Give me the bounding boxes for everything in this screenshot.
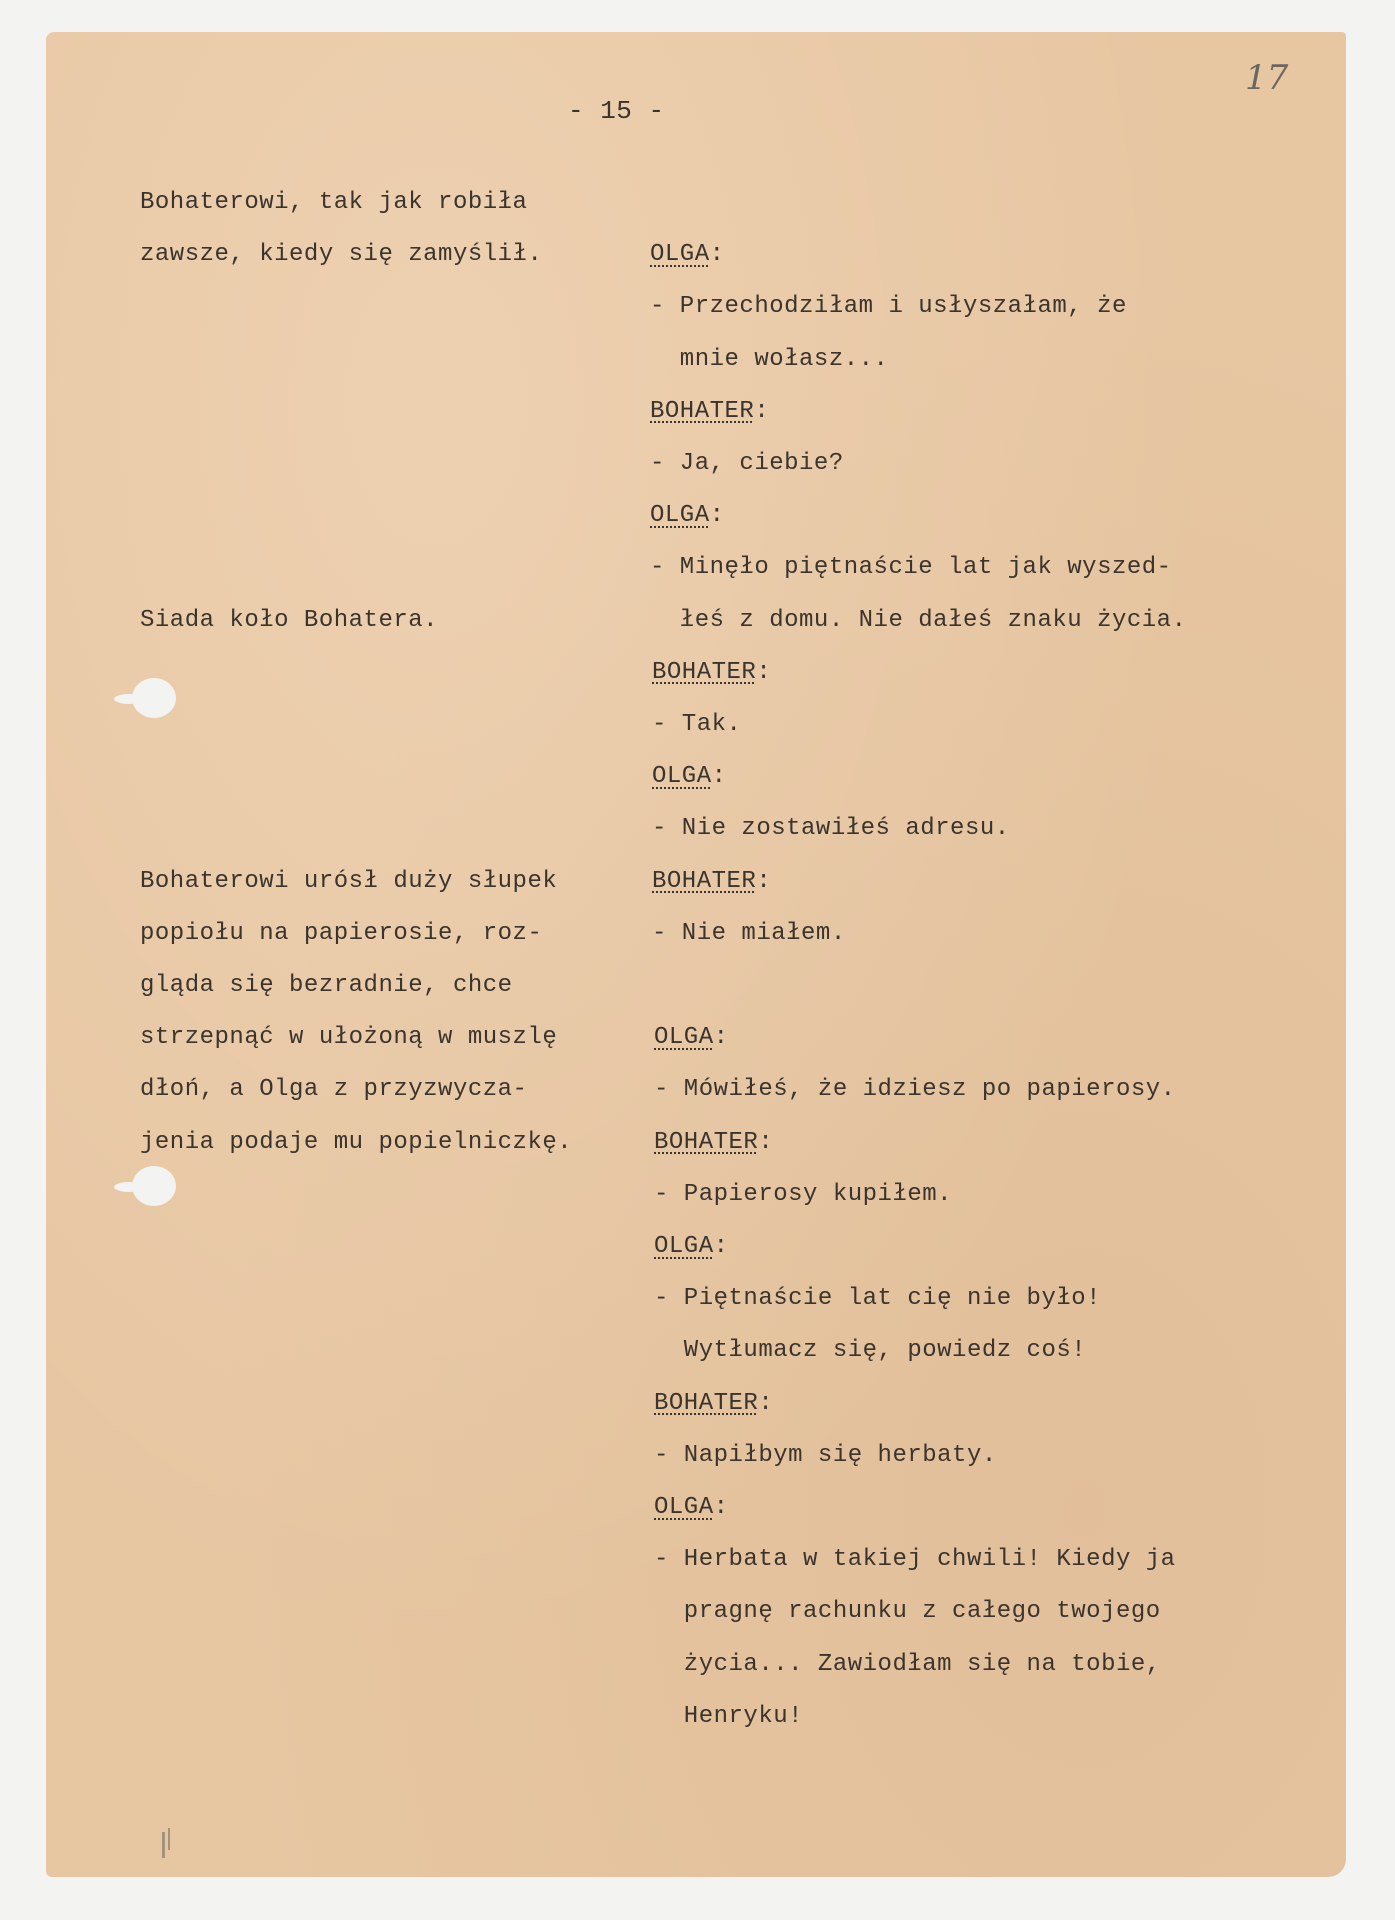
speaker-name: OLGA: [650, 240, 725, 270]
speaker-name: OLGA: [650, 501, 725, 531]
stage-direction-line: Bohaterowi, tak jak robiła [140, 188, 527, 218]
dialogue-line: mnie wołasz... [650, 345, 888, 375]
dialogue-line: - Herbata w takiej chwili! Kiedy ja [654, 1545, 1176, 1575]
punch-hole [132, 1166, 176, 1206]
page-number: - 15 - [568, 96, 665, 126]
stage-direction-line: Bohaterowi urósł duży słupek [140, 867, 557, 897]
ink-mark [162, 1832, 165, 1858]
dialogue-line: - Przechodziłam i usłyszałam, że [650, 292, 1127, 322]
speaker-name: BOHATER: [652, 867, 771, 897]
stage-direction-line: dłoń, a Olga z przyzwycza- [140, 1075, 527, 1105]
speaker-name: BOHATER: [654, 1389, 773, 1419]
speaker-name: OLGA: [654, 1232, 729, 1262]
dialogue-line: - Mówiłeś, że idziesz po papierosy. [654, 1075, 1176, 1105]
dialogue-line: łeś z domu. Nie dałeś znaku życia. [650, 606, 1186, 636]
speaker-name: BOHATER: [650, 397, 769, 427]
stage-direction-line: jenia podaje mu popielniczkę. [140, 1128, 572, 1158]
dialogue-line: życia... Zawiodłam się na tobie, [654, 1650, 1161, 1680]
dialogue-line: Henryku! [654, 1702, 803, 1732]
dialogue-line: - Minęło piętnaście lat jak wyszed- [650, 553, 1172, 583]
dialogue-line: pragnę rachunku z całego twojego [654, 1597, 1161, 1627]
dialogue-line: - Tak. [652, 710, 741, 740]
speaker-name: OLGA: [654, 1493, 729, 1523]
speaker-name: OLGA: [652, 762, 727, 792]
ink-mark [168, 1828, 170, 1850]
dialogue-line: - Ja, ciebie? [650, 449, 844, 479]
stage-direction-line: Siada koło Bohatera. [140, 606, 438, 636]
stage-direction-line: gląda się bezradnie, chce [140, 971, 513, 1001]
stage-direction-line: popiołu na papierosie, roz- [140, 919, 542, 949]
dialogue-line: - Napiłbym się herbaty. [654, 1441, 997, 1471]
dialogue-line: - Papierosy kupiłem. [654, 1180, 952, 1210]
dialogue-line: - Nie zostawiłeś adresu. [652, 814, 1010, 844]
speaker-name: BOHATER: [652, 658, 771, 688]
speaker-name: OLGA: [654, 1023, 729, 1053]
punch-hole [132, 678, 176, 718]
dialogue-line: Wytłumacz się, powiedz coś! [654, 1336, 1086, 1366]
dialogue-line: - Piętnaście lat cię nie było! [654, 1284, 1101, 1314]
dialogue-line: - Nie miałem. [652, 919, 846, 949]
speaker-name: BOHATER: [654, 1128, 773, 1158]
stage-direction-line: zawsze, kiedy się zamyślił. [140, 240, 542, 270]
archive-folio-number: 17 [1245, 58, 1288, 98]
stage-direction-line: strzepnąć w ułożoną w muszlę [140, 1023, 557, 1053]
